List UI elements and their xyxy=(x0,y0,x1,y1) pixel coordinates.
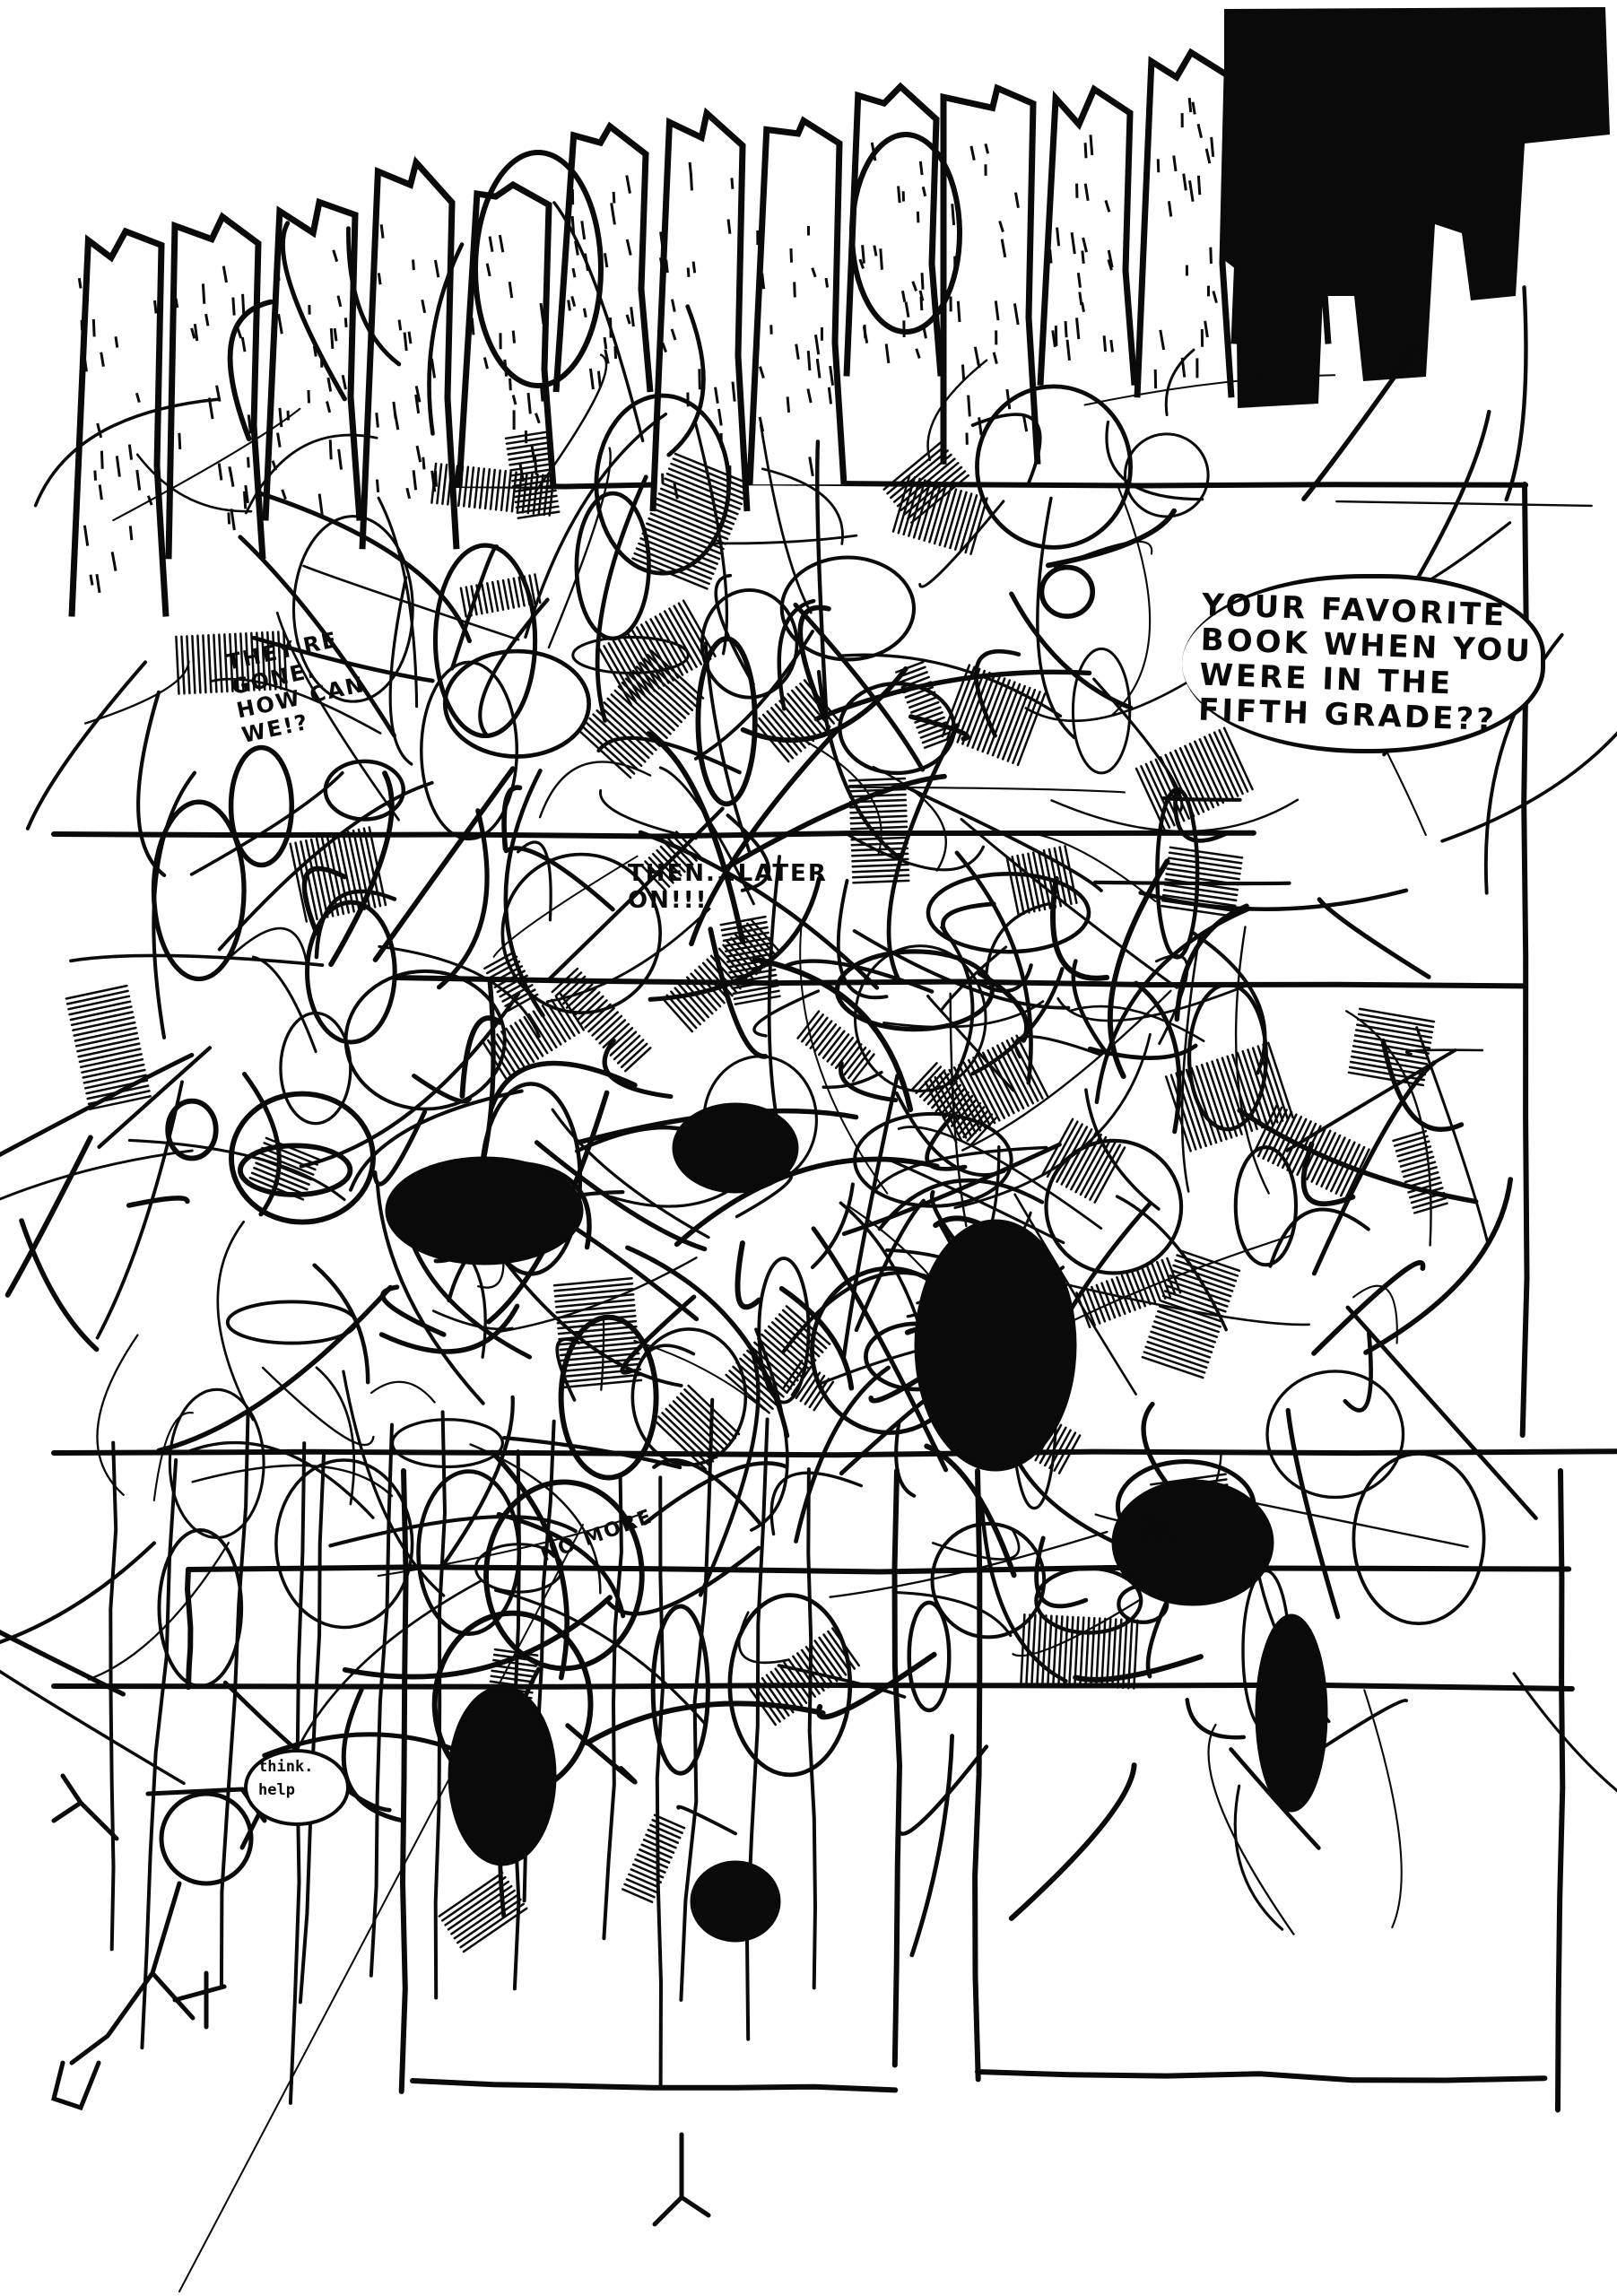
ink-artwork xyxy=(0,0,1617,2296)
text-fragment-later: THEN...LATER ON!!! xyxy=(628,861,828,915)
speech-bubble-help-text: think. help xyxy=(258,1756,313,1802)
speech-bubble-main-text: YOUR FAVORITE BOOK WHEN YOU WERE IN THE … xyxy=(1197,588,1534,740)
text-fragment-da: DA xyxy=(1130,1513,1180,1550)
